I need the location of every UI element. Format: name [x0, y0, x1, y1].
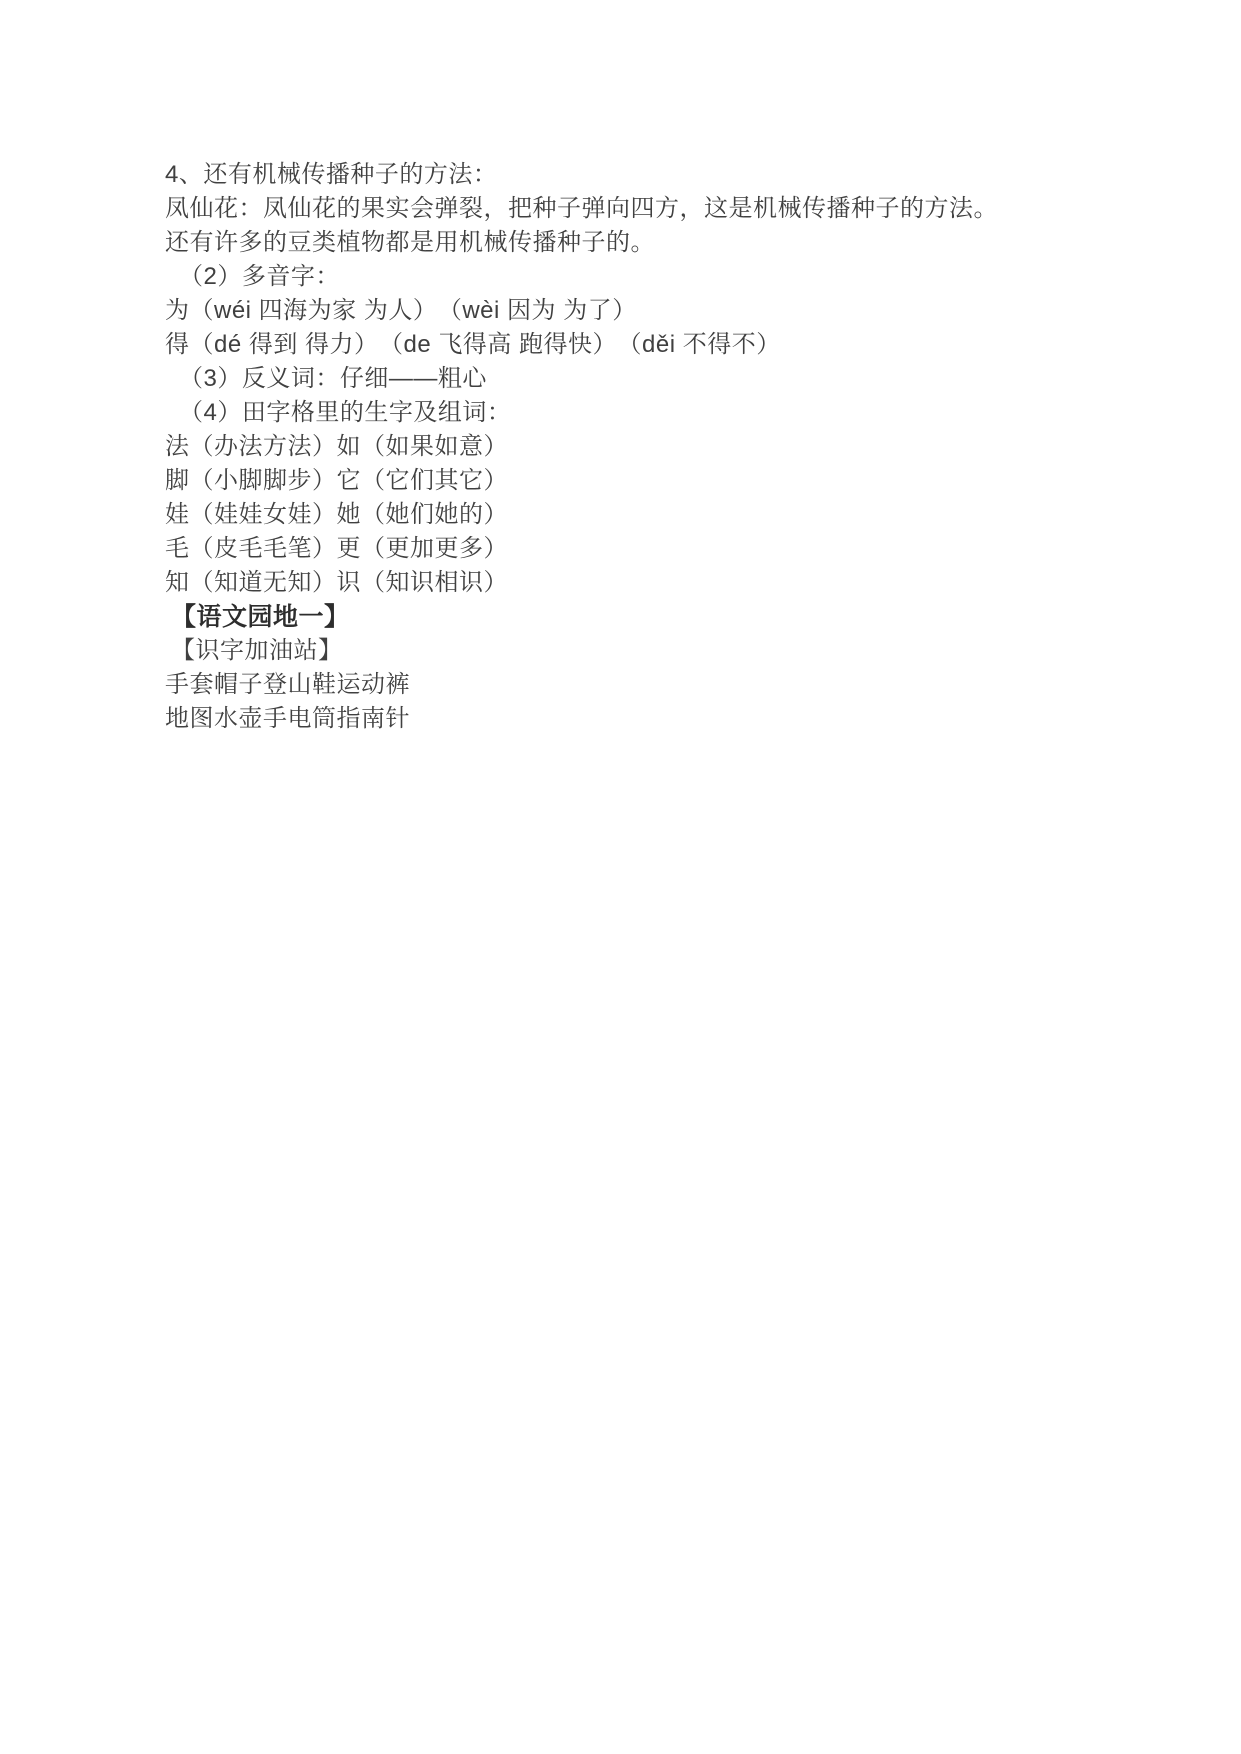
line-fengxianhua: 凤仙花：凤仙花的果实会弹裂，把种子弹向四方，这是机械传播种子的方法。	[165, 192, 1165, 226]
line-gear-words: 地图水壶手电筒指南针	[165, 702, 1165, 736]
document-page: 4、还有机械传播种子的方法： 凤仙花：凤仙花的果实会弹裂，把种子弹向四方，这是机…	[0, 0, 1241, 1754]
line-jiao-ta: 脚（小脚脚步）它（它们其它）	[165, 464, 1165, 498]
line-fa-ru: 法（办法方法）如（如果如意）	[165, 430, 1165, 464]
line-wa-ta: 娃（娃娃女娃）她（她们她的）	[165, 498, 1165, 532]
line-de-readings: 得（dé 得到 得力） （de 飞得高 跑得快） （děi 不得不）	[165, 328, 1165, 362]
section-tianzige: （4）田字格里的生字及组词：	[165, 396, 1165, 430]
line-seed-method-4: 4、还有机械传播种子的方法：	[165, 158, 1165, 192]
line-mao-geng: 毛（皮毛毛笔）更（更加更多）	[165, 532, 1165, 566]
line-wei-readings: 为（wéi 四海为家 为人） （wèi 因为 为了）	[165, 294, 1165, 328]
section-fanyici: （3）反义词：仔细——粗心	[165, 362, 1165, 396]
line-bean-plants: 还有许多的豆类植物都是用机械传播种子的。	[165, 226, 1165, 260]
line-zhi-shi: 知（知道无知）识（知识相识）	[165, 566, 1165, 600]
heading-shizi-jiayouzhan: 【识字加油站】	[165, 634, 1165, 668]
section-duoyinzi: （2）多音字：	[165, 260, 1165, 294]
document-body: 4、还有机械传播种子的方法： 凤仙花：凤仙花的果实会弹裂，把种子弹向四方，这是机…	[0, 0, 1241, 736]
heading-yuwen-yuandi-1: 【语文园地一】	[165, 600, 1165, 634]
line-clothing-words: 手套帽子登山鞋运动裤	[165, 668, 1165, 702]
